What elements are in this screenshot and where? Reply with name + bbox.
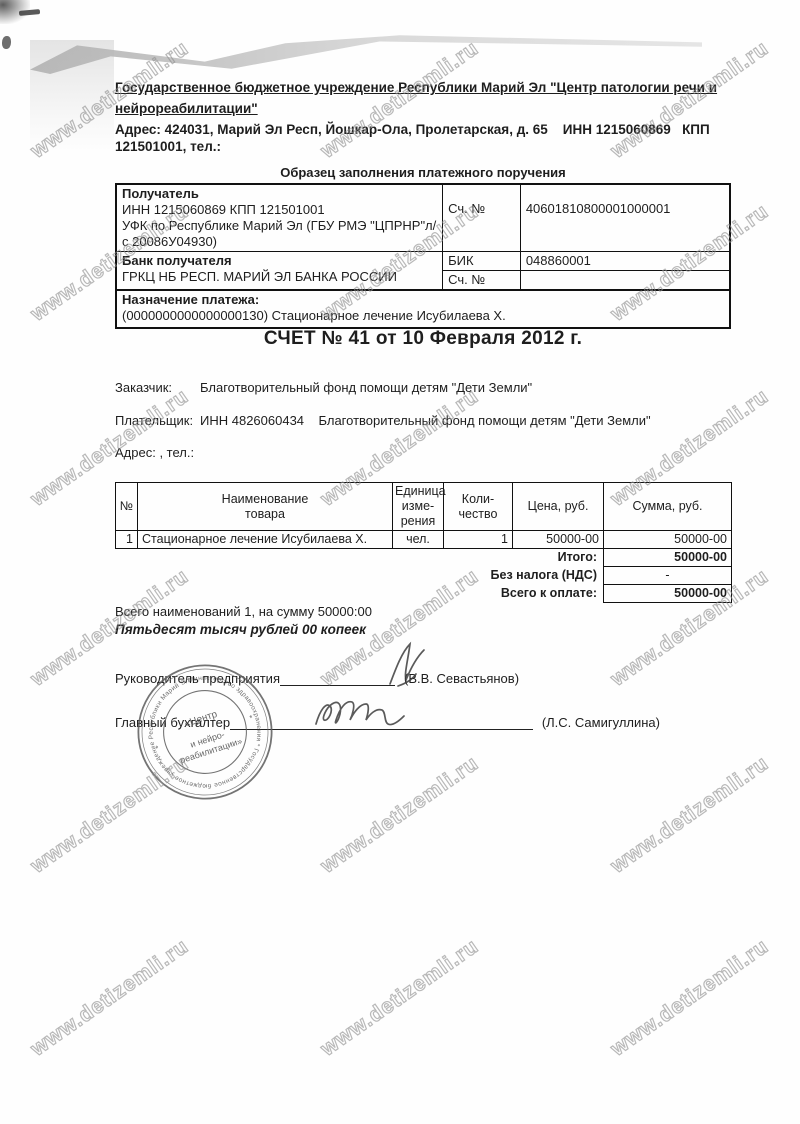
totals-value-itogo: 50000-00 (604, 549, 732, 567)
recipient-inn: ИНН 1215060869 КПП 121501001 (122, 202, 437, 218)
customer-label: Заказчик: (115, 380, 200, 395)
scan-artifact-dash (19, 9, 40, 16)
stamp-ring-text: Министерство здравоохранения * Государст… (133, 660, 277, 804)
org-stamp: Министерство здравоохранения * Государст… (133, 660, 277, 804)
org-address-line1: Адрес: 424031, Марий Эл Респ, Йошкар-Ола… (115, 122, 710, 137)
scan-artifact-fold-shadow (30, 30, 702, 74)
bank-cell: Банк получателя ГРКЦ НБ РЕСП. МАРИЙ ЭЛ Б… (116, 252, 443, 291)
bank-label: Банк получателя (122, 253, 437, 269)
payer-row: Плательщик: ИНН 4826060434 Благотворител… (115, 413, 745, 428)
amount-in-words: Пятьдесят тысяч рублей 00 копеек (115, 622, 366, 637)
payment-sample-title: Образец заполнения платежного поручения (115, 165, 731, 180)
recipient-label: Получатель (122, 186, 437, 202)
org-name: Государственное бюджетное учреждение Рес… (115, 77, 740, 119)
item-name: Стационарное лечение Исубилаева Х. (138, 531, 393, 549)
col-header-name: Наименование товара (138, 483, 393, 531)
col-header-sum: Сумма, руб. (604, 483, 732, 531)
totals-row-total: Всего к оплате: 50000-00 (116, 585, 732, 603)
payer-address: Адрес: , тел.: (115, 445, 194, 460)
items-count-line: Всего наименований 1, на сумму 50000:00 (115, 604, 372, 619)
totals-label-total: Всего к оплате: (116, 585, 604, 603)
item-num: 1 (116, 531, 138, 549)
bik-label: БИК (443, 252, 521, 271)
col-header-qty: Коли- чество (444, 483, 513, 531)
customer-value: Благотворительный фонд помощи детям "Дет… (200, 380, 532, 395)
totals-label-nds: Без налога (НДС) (116, 567, 604, 585)
totals-label-itogo: Итого: (116, 549, 604, 567)
watermark-text: www.detizemli.ru (607, 935, 774, 1062)
totals-row-itogo: Итого: 50000-00 (116, 549, 732, 567)
item-qty: 1 (444, 531, 513, 549)
payer-value: ИНН 4826060434 Благотворительный фонд по… (200, 413, 651, 428)
payer-address-row: Адрес: , тел.: (115, 445, 745, 460)
org-address: Адрес: 424031, Марий Эл Респ, Йошкар-Ола… (115, 121, 740, 155)
scan-artifact-corner-smudge (0, 0, 30, 24)
col-header-num: № (116, 483, 138, 531)
svg-text:Министерство здравоохранения *: Министерство здравоохранения * Государст… (133, 660, 277, 804)
items-table: № Наименование товара Единица изме- рени… (115, 482, 732, 603)
stamp-center-line1: «Центр (183, 709, 219, 730)
payer-label: Плательщик: (115, 413, 200, 428)
totals-row-nds: Без налога (НДС) - (116, 567, 732, 585)
accountant-signature-scribble (312, 688, 412, 736)
purpose-label: Назначение платежа: (122, 292, 724, 308)
director-signature-scribble (338, 640, 430, 690)
col-header-price: Цена, руб. (513, 483, 604, 531)
col-header-unit: Единица изме- рения (393, 483, 444, 531)
scan-artifact-left-band (30, 40, 114, 152)
watermark-text: www.detizemli.ru (317, 935, 484, 1062)
item-unit: чел. (393, 531, 444, 549)
purpose-cell: Назначение платежа: (0000000000000000130… (116, 290, 730, 328)
purpose-row: Назначение платежа: (0000000000000000130… (116, 290, 730, 328)
totals-value-total: 50000-00 (604, 585, 732, 603)
watermark-text: www.detizemli.ru (607, 752, 774, 879)
item-row: 1 Стационарное лечение Исубилаева Х. чел… (116, 531, 732, 549)
bik-value: 048860001 (520, 252, 730, 271)
totals-value-nds: - (604, 567, 732, 585)
recipient-name: УФК по Республике Марий Эл (ГБУ РМЭ "ЦПР… (122, 218, 437, 250)
account-value: 40601810800001000001 (520, 184, 730, 252)
customer-row: Заказчик: Благотворительный фонд помощи … (115, 380, 745, 395)
scanned-invoice-page: Государственное бюджетное учреждение Рес… (0, 0, 800, 1124)
org-name-line1: Государственное бюджетное учреждение Рес… (115, 80, 717, 95)
org-name-line2: нейрореабилитации" (115, 101, 258, 116)
signature-name-accountant: (Л.С. Самигуллина) (542, 715, 660, 730)
account-label: Сч. № (443, 184, 521, 252)
watermark-text: www.detizemli.ru (27, 935, 194, 1062)
bank-bik-row: Банк получателя ГРКЦ НБ РЕСП. МАРИЙ ЭЛ Б… (116, 252, 730, 271)
recipient-cell: Получатель ИНН 1215060869 КПП 121501001 … (116, 184, 443, 252)
bank-name: ГРКЦ НБ РЕСП. МАРИЙ ЭЛ БАНКА РОССИИ (122, 269, 437, 285)
invoice-title: СЧЕТ № 41 от 10 Февраля 2012 г. (115, 328, 731, 350)
scan-artifact-dot (2, 36, 11, 49)
purpose-value: (0000000000000000130) Стационарное лечен… (122, 308, 724, 324)
org-address-line2: 121501001, тел.: (115, 139, 221, 154)
corr-account-label: Сч. № (443, 271, 521, 291)
items-header-row: № Наименование товара Единица изме- рени… (116, 483, 732, 531)
recipient-row: Получатель ИНН 1215060869 КПП 121501001 … (116, 184, 730, 252)
item-price: 50000-00 (513, 531, 604, 549)
item-sum: 50000-00 (604, 531, 732, 549)
corr-account-value (520, 271, 730, 291)
payment-sample-table: Получатель ИНН 1215060869 КПП 121501001 … (115, 183, 731, 329)
watermark-text: www.detizemli.ru (317, 752, 484, 879)
